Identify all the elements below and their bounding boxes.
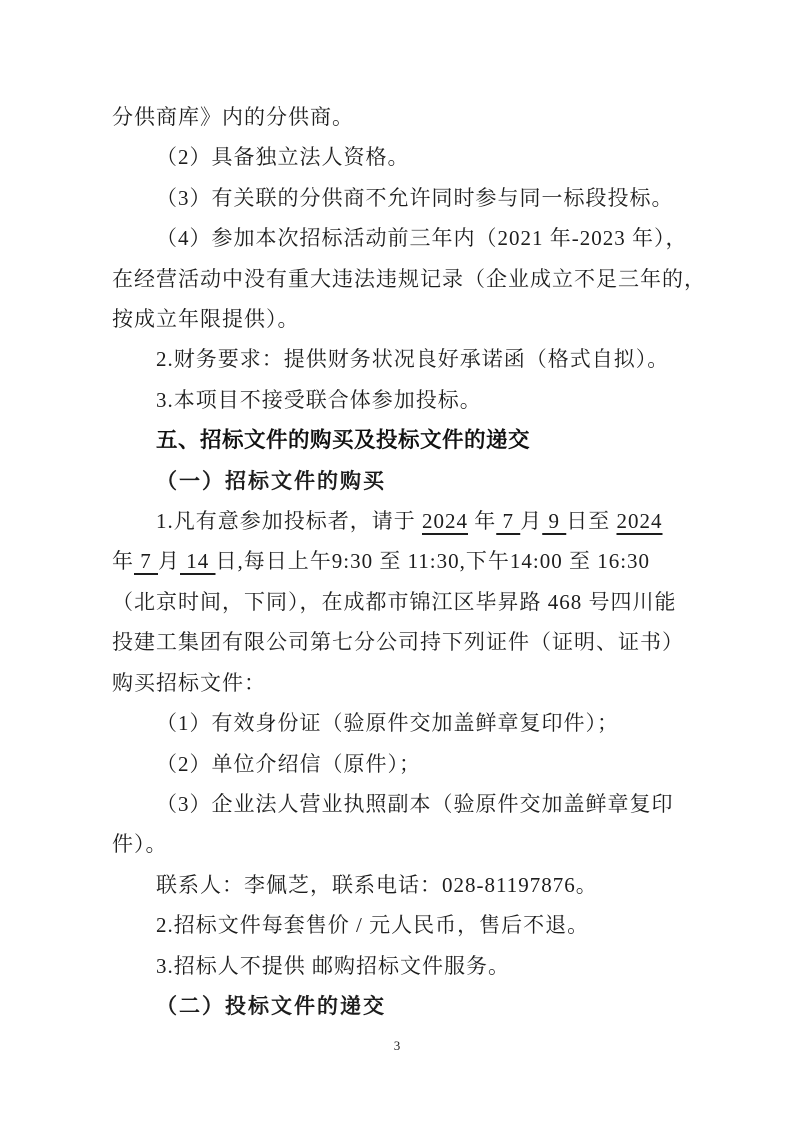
subsection-heading: （一）招标文件的购买 bbox=[112, 461, 692, 501]
text-line: 按成立年限提供）。 bbox=[112, 299, 692, 339]
text-segment: 1.凡有意参加投标者，请于 bbox=[156, 509, 422, 533]
text-line: （2）具备独立法人资格。 bbox=[112, 137, 692, 177]
text-line: 投建工集团有限公司第七分公司持下列证件（证明、证书） bbox=[112, 622, 692, 662]
text-line: （3）企业法人营业执照副本（验原件交加盖鲜章复印 bbox=[112, 784, 692, 824]
text-segment: 在经营活动中没有重大违法违规记录（企业成立不足三年的， bbox=[112, 267, 706, 291]
text-line: 2.财务要求：提供财务状况良好承诺函（格式自拟）。 bbox=[112, 339, 692, 379]
text-segment: 3.招标人不提供 邮购招标文件服务。 bbox=[156, 954, 510, 978]
text-segment: （3）企业法人营业执照副本（验原件交加盖鲜章复印 bbox=[156, 792, 674, 816]
text-line: 件）。 bbox=[112, 824, 692, 864]
text-segment: （二）投标文件的递交 bbox=[156, 994, 386, 1018]
text-segment: （4）参加本次招标活动前三年内（2021 年-2023 年）， bbox=[156, 226, 688, 250]
text-line: 分供商库》内的分供商。 bbox=[112, 97, 692, 137]
text-segment: 投建工集团有限公司第七分公司持下列证件（证明、证书） bbox=[112, 630, 684, 654]
text-segment: （北京时间，下同），在成都市锦江区毕昇路 468 号四川能 bbox=[112, 590, 677, 614]
text-segment: 年 bbox=[112, 549, 134, 573]
text-segment: 日至 bbox=[566, 509, 616, 533]
text-line: 2.招标文件每套售价 / 元人民币，售后不退。 bbox=[112, 905, 692, 945]
text-segment: 月 bbox=[520, 509, 542, 533]
underlined-fill-in-value: 9 bbox=[542, 509, 566, 533]
text-line: （2）单位介绍信（原件）； bbox=[112, 744, 692, 784]
text-line: （北京时间，下同），在成都市锦江区毕昇路 468 号四川能 bbox=[112, 582, 692, 622]
text-segment: 五、招标文件的购买及投标文件的递交 bbox=[156, 428, 530, 452]
subsection-heading: （二）投标文件的递交 bbox=[112, 986, 692, 1026]
text-line: 1.凡有意参加投标者，请于 2024 年 7 月 9 日至 2024 bbox=[112, 501, 692, 541]
text-segment: 2.招标文件每套售价 / 元人民币，售后不退。 bbox=[156, 913, 589, 937]
underlined-fill-in-value: 14 bbox=[180, 549, 216, 573]
text-line: 联系人：李佩芝，联系电话：028-81197876。 bbox=[112, 865, 692, 905]
underlined-fill-in-value: 2024 bbox=[617, 509, 663, 533]
section-heading: 五、招标文件的购买及投标文件的递交 bbox=[112, 420, 692, 460]
text-segment: 月 bbox=[158, 549, 180, 573]
text-line: （1）有效身份证（验原件交加盖鲜章复印件）； bbox=[112, 703, 692, 743]
text-segment: 按成立年限提供）。 bbox=[112, 307, 300, 331]
text-segment: （1）有效身份证（验原件交加盖鲜章复印件）； bbox=[156, 711, 619, 735]
text-segment: （一）招标文件的购买 bbox=[156, 469, 386, 493]
text-segment: 件）。 bbox=[112, 832, 168, 856]
text-segment: 年 bbox=[468, 509, 496, 533]
document-body: 分供商库》内的分供商。（2）具备独立法人资格。（3）有关联的分供商不允许同时参与… bbox=[112, 97, 692, 1026]
underlined-fill-in-value: 7 bbox=[496, 509, 520, 533]
text-segment: 3.本项目不接受联合体参加投标。 bbox=[156, 388, 482, 412]
text-line: 在经营活动中没有重大违法违规记录（企业成立不足三年的， bbox=[112, 259, 692, 299]
text-line: 购买招标文件： bbox=[112, 663, 692, 703]
text-segment: （2）具备独立法人资格。 bbox=[156, 145, 410, 169]
text-segment: （3）有关联的分供商不允许同时参与同一标段投标。 bbox=[156, 186, 674, 210]
text-line: 3.招标人不提供 邮购招标文件服务。 bbox=[112, 946, 692, 986]
text-segment: （2）单位介绍信（原件）； bbox=[156, 752, 421, 776]
document-page: 分供商库》内的分供商。（2）具备独立法人资格。（3）有关联的分供商不允许同时参与… bbox=[0, 0, 794, 1123]
text-segment: 联系人：李佩芝，联系电话：028-81197876。 bbox=[156, 873, 598, 897]
underlined-fill-in-value: 7 bbox=[134, 549, 158, 573]
text-line: （4）参加本次招标活动前三年内（2021 年-2023 年）， bbox=[112, 218, 692, 258]
text-segment: 2.财务要求：提供财务状况良好承诺函（格式自拟）。 bbox=[156, 347, 669, 371]
text-line: （3）有关联的分供商不允许同时参与同一标段投标。 bbox=[112, 178, 692, 218]
text-segment: 分供商库》内的分供商。 bbox=[112, 105, 354, 129]
page-number: 3 bbox=[0, 1038, 794, 1054]
text-segment: 日,每日上午9:30 至 11:30,下午14:00 至 16:30 bbox=[216, 549, 651, 573]
text-line: 3.本项目不接受联合体参加投标。 bbox=[112, 380, 692, 420]
text-segment: 购买招标文件： bbox=[112, 671, 266, 695]
text-line: 年 7 月 14 日,每日上午9:30 至 11:30,下午14:00 至 16… bbox=[112, 541, 692, 581]
underlined-fill-in-value: 2024 bbox=[422, 509, 468, 533]
